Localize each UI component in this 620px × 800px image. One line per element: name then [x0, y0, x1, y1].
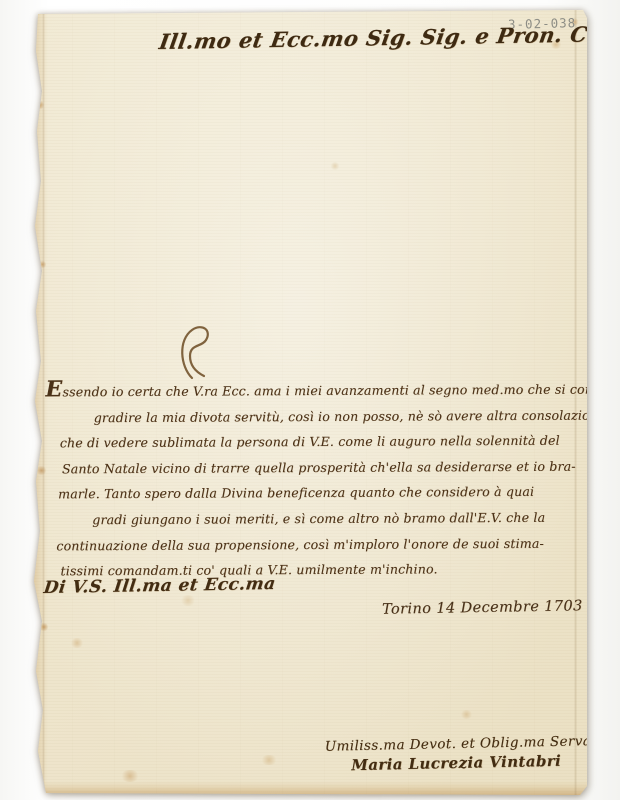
scan-background: 3-02-038 Ill.mo et Ecc.mo Sig. Sig. e Pr… [0, 0, 620, 800]
pen-flourish-icon [162, 322, 218, 384]
letter-paper: 3-02-038 Ill.mo et Ecc.mo Sig. Sig. e Pr… [30, 10, 587, 795]
body-line: continuazione della sua propensione, cos… [56, 530, 585, 558]
signature-name: Maria Lucrezia Vintabri [325, 751, 587, 774]
dateline: Torino 14 Decembre 1703 [382, 598, 583, 618]
fox-spot [70, 638, 84, 648]
body-line: marle. Tanto spero dalla Divina benefice… [58, 479, 585, 507]
fox-spot [460, 710, 473, 719]
body-line: gradire la mia divota servitù, così io n… [94, 402, 585, 430]
salutation-line: Ill.mo et Ecc.mo Sig. Sig. e Pron. Col.m… [158, 23, 513, 54]
body-line: Santo Natale vicino di trarre quella pro… [62, 453, 585, 481]
bottom-edge-stain [30, 781, 587, 795]
fox-spot [330, 162, 340, 170]
letter-paper-wrapper: 3-02-038 Ill.mo et Ecc.mo Sig. Sig. e Pr… [30, 10, 587, 795]
signature-block: Umiliss.ma Devot. et Oblig.ma Serva Mari… [325, 733, 588, 774]
body-line: gradi giungano i suoi meriti, e sì come … [92, 505, 585, 533]
closing-formula: Di V.S. Ill.ma et Ecc.ma [43, 574, 277, 598]
body-line: Essendo io certa che V.ra Ecc. ama i mie… [45, 375, 584, 405]
letter-body: Essendo io certa che V.ra Ecc. ama i mie… [41, 375, 585, 585]
body-line: che di vedere sublimata la persona di V.… [60, 428, 585, 456]
fox-spot [180, 595, 196, 606]
fox-spot [260, 755, 278, 765]
